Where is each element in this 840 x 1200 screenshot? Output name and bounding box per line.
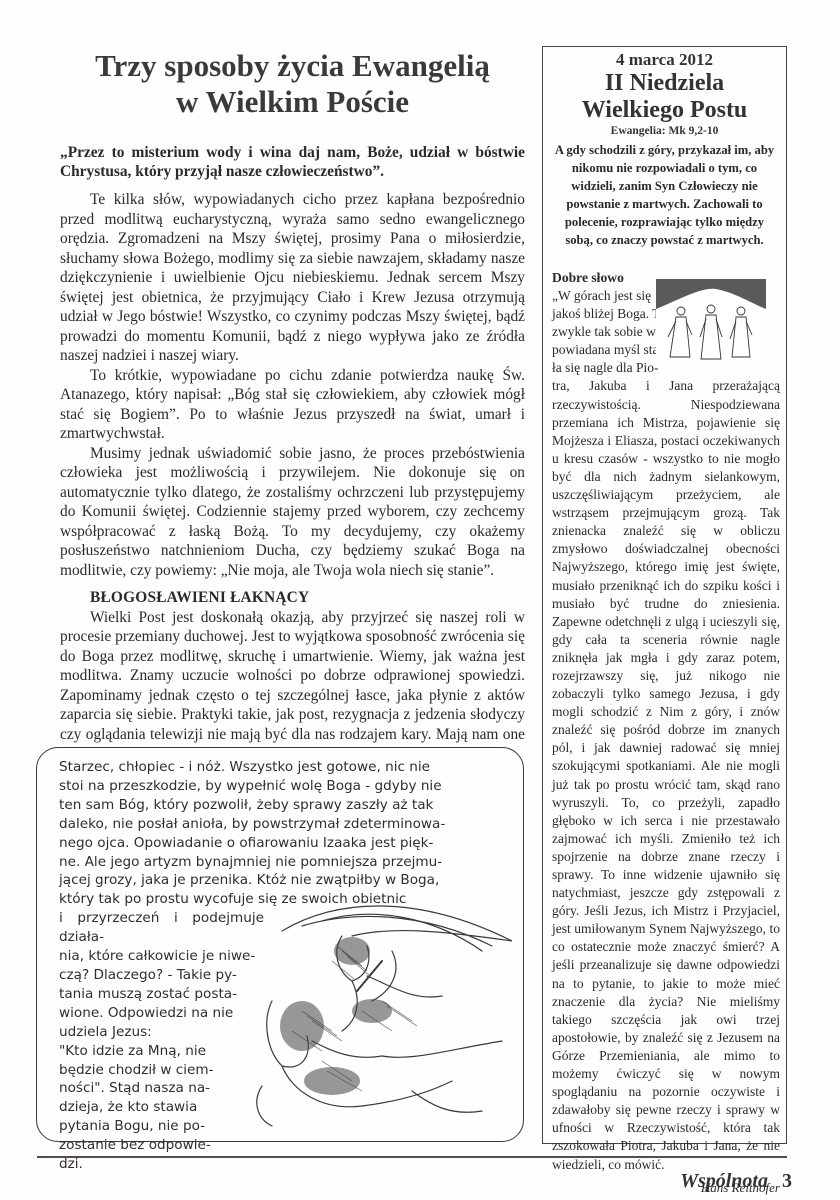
- paragraph: Musimy jednak uświadomić sobie jasno, że…: [60, 444, 525, 581]
- story-line: i przyrzeczeń i podejmuje działa-: [59, 909, 264, 947]
- issue-date: 4 marca 2012: [543, 50, 786, 70]
- story-line: pytania Bogu, nie po-: [59, 1117, 264, 1136]
- publication-name: Wspólnota: [680, 1170, 768, 1192]
- gospel-excerpt: A gdy schodzili z góry, przykazał im, ab…: [551, 141, 778, 249]
- story-line: tania muszą zostać posta-: [59, 985, 264, 1004]
- sunday-title: II Niedziela Wielkiego Postu: [543, 70, 786, 124]
- title-line-2: w Wielkim Poście: [176, 84, 409, 119]
- story-box: Starzec, chłopiec - i nóż. Wszystko jest…: [36, 747, 524, 1142]
- dobre-line: zwykle tak sobie wy-: [552, 323, 672, 341]
- story-line: stoi na przeszkodzie, by wypełnić wolę B…: [59, 777, 507, 796]
- angel-sketch-illustration: [242, 891, 517, 1131]
- story-line: ne. Ale jego artyzm bynajmniej nie pomni…: [59, 853, 507, 872]
- story-line: ności". Stąd nasza na-: [59, 1079, 264, 1098]
- story-line: nia, które całkowicie je niwe-: [59, 947, 264, 966]
- story-line: jącej grozy, jaka je przenika. Któż nie …: [59, 871, 507, 890]
- magazine-page: Trzy sposoby życia Ewangelią w Wielkim P…: [0, 0, 840, 1200]
- story-line: Starzec, chłopiec - i nóż. Wszystko jest…: [59, 758, 507, 777]
- dobre-line: ła się nagle dla Pio-: [552, 359, 672, 377]
- dobre-line: jakoś bliżej Boga. Ta: [552, 305, 672, 323]
- article-title: Trzy sposoby życia Ewangelią w Wielkim P…: [60, 48, 525, 120]
- sidebar-box: 4 marca 2012 II Niedziela Wielkiego Post…: [542, 46, 787, 1144]
- paragraph: Wielki Post jest doskonałą okazją, aby p…: [60, 608, 525, 745]
- paragraph: Te kilka słów, wypowiadanych cicho przez…: [60, 190, 525, 366]
- dobre-slowo-section: Dobre słowo „W górach jest się: [552, 269, 780, 1196]
- section-heading: BŁOGOSŁAWIENI ŁAKNĄCY: [60, 588, 525, 608]
- main-article: Trzy sposoby życia Ewangelią w Wielkim P…: [60, 48, 525, 744]
- story-line: daleko, nie posłał anioła, by powstrzyma…: [59, 815, 507, 834]
- story-line: ten sam Bóg, który pozwolił, żeby sprawy…: [59, 796, 507, 815]
- article-body: Te kilka słów, wypowiadanych cicho przez…: [60, 190, 525, 744]
- apostles-mountain-illustration: [656, 279, 766, 365]
- dobre-line: „W górach jest się: [552, 287, 672, 305]
- page-number: 3: [782, 1170, 792, 1192]
- title-line-1: Trzy sposoby życia Ewangelią: [95, 48, 490, 83]
- story-line: wione. Odpowiedzi na nie: [59, 1004, 264, 1023]
- sunday-line-2: Wielkiego Postu: [582, 97, 748, 123]
- page-footer: Wspólnota3: [680, 1170, 792, 1193]
- story-line: dzieja, że kto stawia: [59, 1098, 264, 1117]
- lead-quote: „Przez to misterium wody i wina daj nam,…: [60, 143, 525, 181]
- story-line: czą? Dlaczego? - Takie py-: [59, 966, 264, 985]
- story-line: zostanie bez odpowie-: [59, 1136, 264, 1155]
- dobre-body: tra, Jakuba i Jana przerażającą rzeczywi…: [552, 377, 780, 1173]
- paragraph: To krótkie, wypowiadane po cichu zdanie …: [60, 366, 525, 444]
- story-line: będzie chodził w ciem-: [59, 1061, 264, 1080]
- gospel-reference: Ewangelia: Mk 9,2-10: [543, 124, 786, 139]
- dobre-slowo-text: „W górach jest się jakoś bliżej Boga. Ta…: [552, 287, 780, 1174]
- story-line: "Kto idzie za Mną, nie: [59, 1042, 264, 1061]
- story-line: udziela Jezus:: [59, 1023, 264, 1042]
- dobre-line: powiadana myśl sta-: [552, 341, 672, 359]
- sunday-line-1: II Niedziela: [605, 70, 724, 96]
- footer-divider: [37, 1156, 787, 1158]
- story-line: nego ojca. Opowiadanie o ofiarowaniu Iza…: [59, 834, 507, 853]
